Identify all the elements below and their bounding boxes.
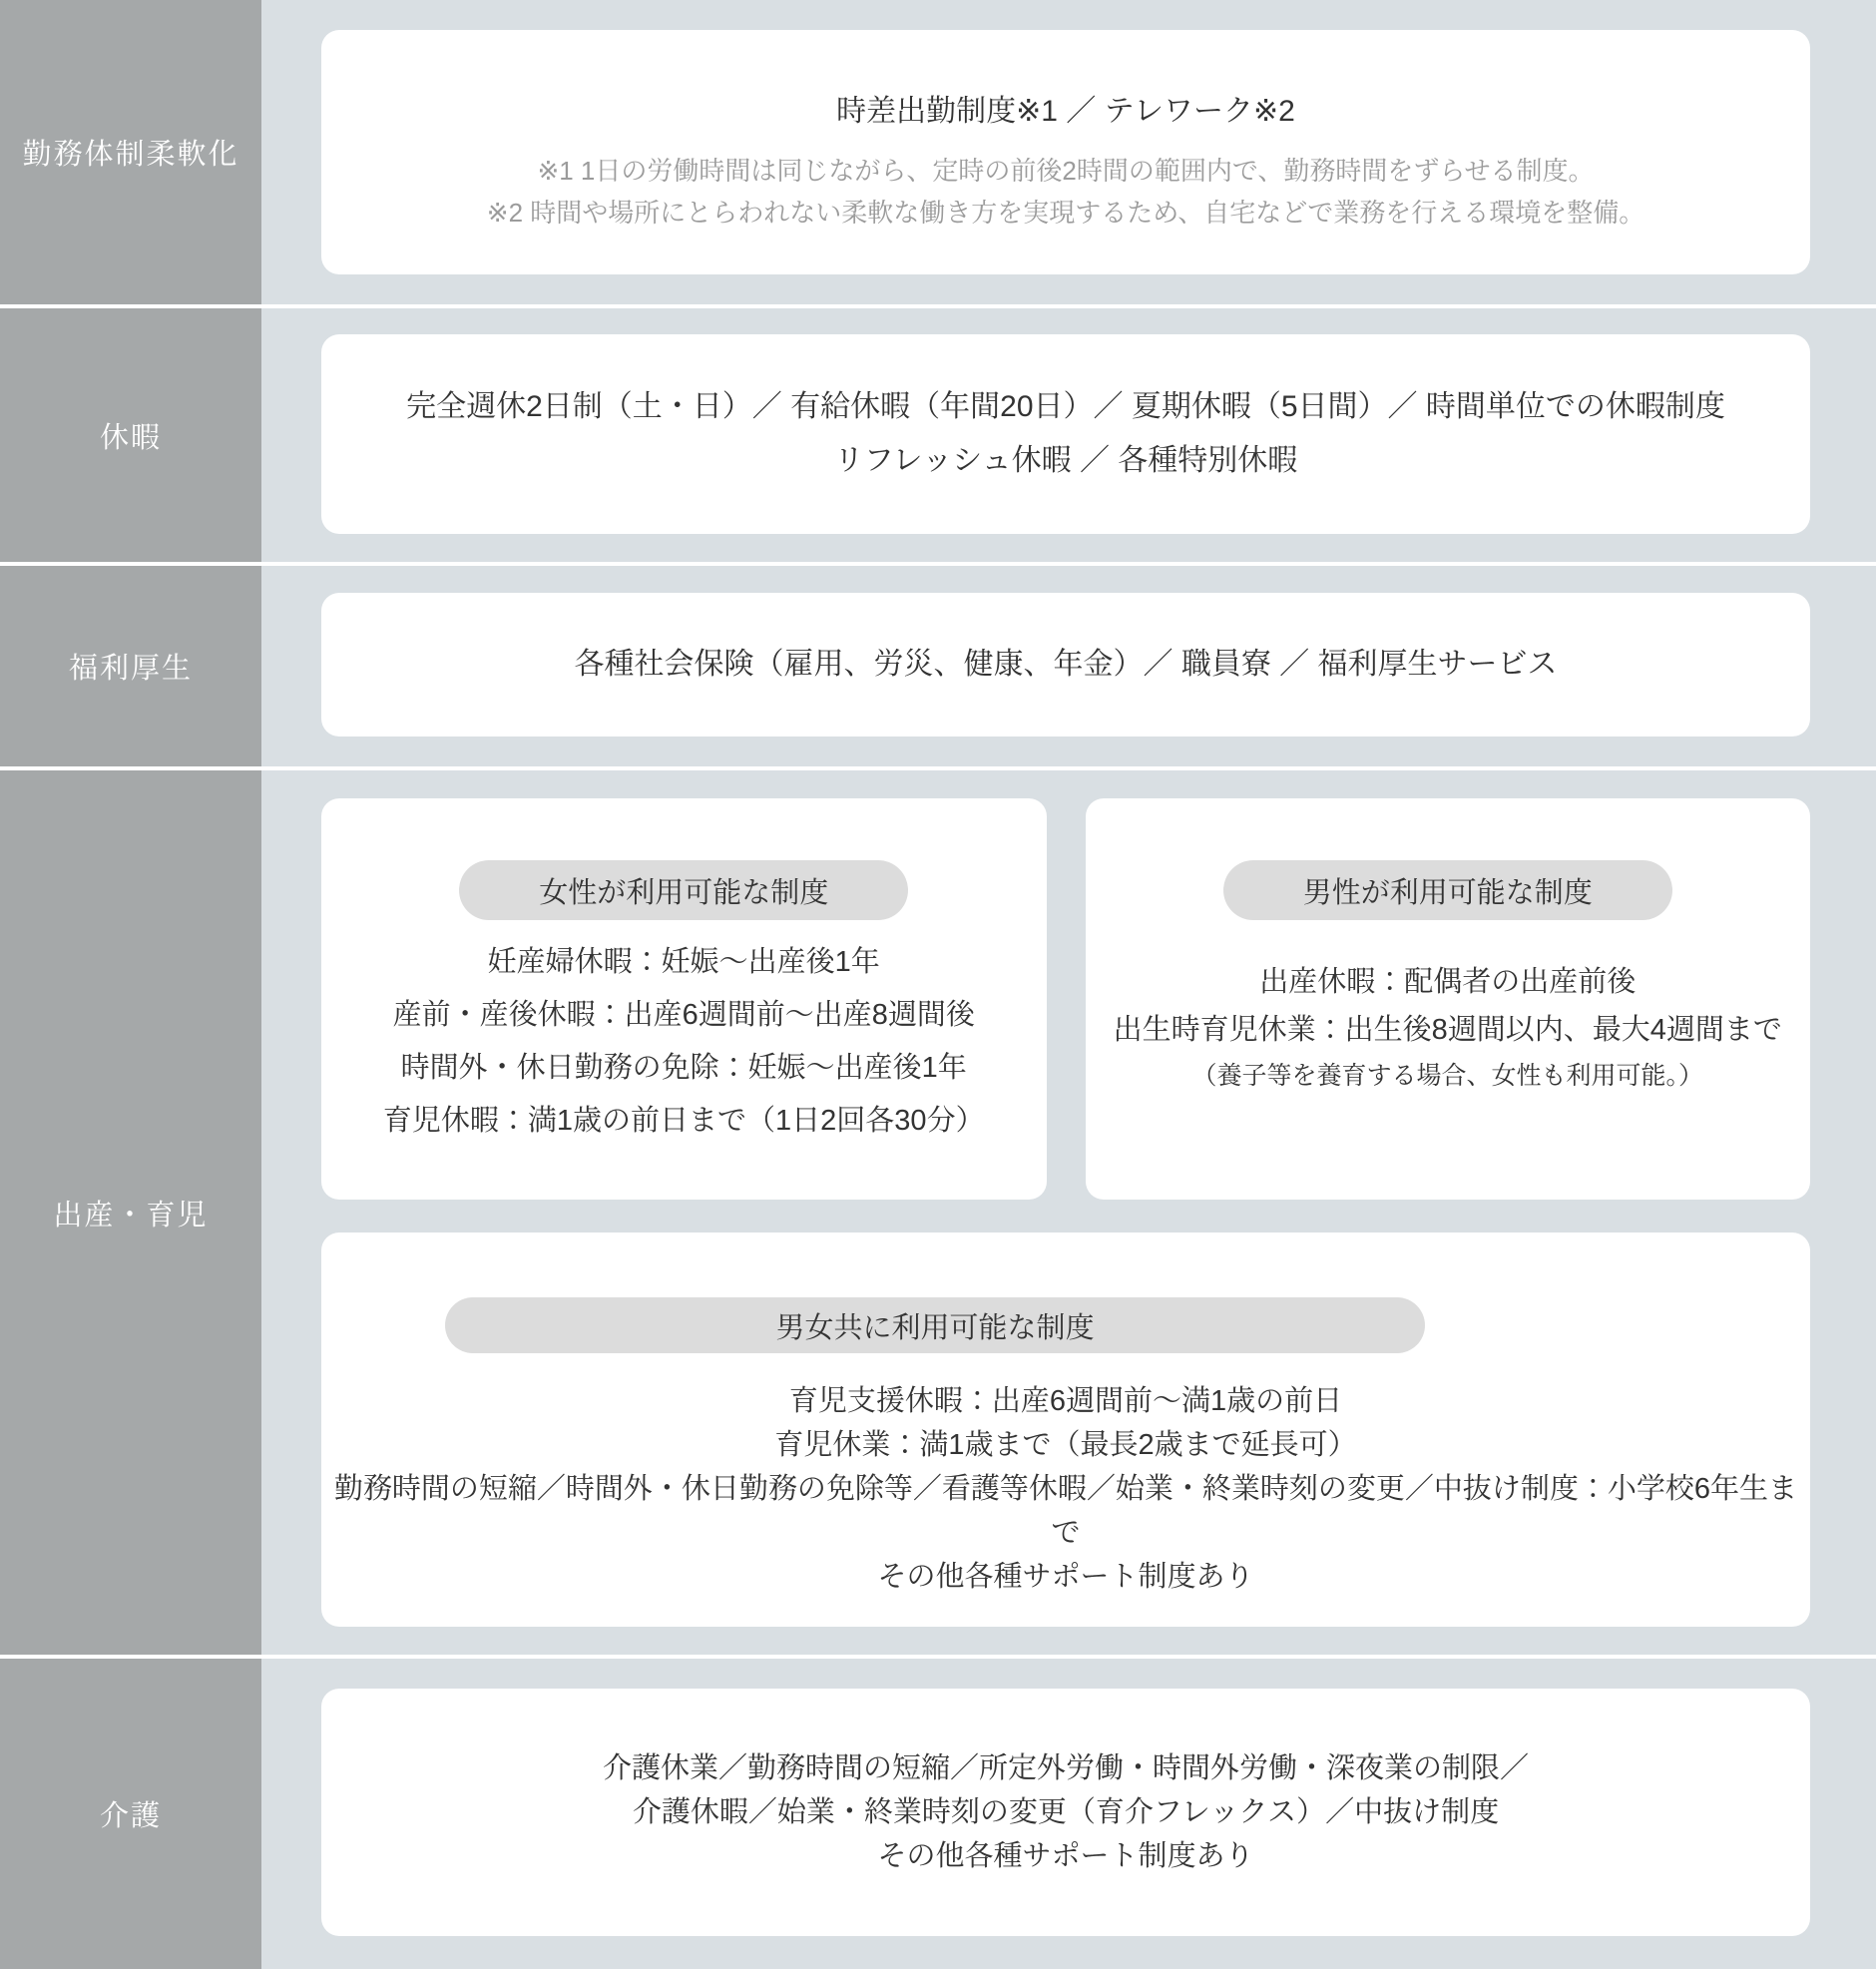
male-line-1: 出産休暇：配偶者の出産前後: [1114, 958, 1782, 1006]
care-line-3: その他各種サポート制度あり: [877, 1834, 1253, 1878]
section-row-vacation: 休暇 完全週休2日制（土・日）／ 有給休暇（年間20日）／ 夏期休暇（5日間）／…: [0, 308, 1876, 562]
both-line-1: 育児支援休暇：出産6週間前〜満1歳の前日: [321, 1379, 1810, 1423]
care-line-1: 介護休業／勤務時間の短縮／所定外労働・時間外労働・深夜業の制限／: [603, 1746, 1529, 1790]
card-welfare: 各種社会保険（雇用、労災、健康、年金）／ 職員寮 ／ 福利厚生サービス: [321, 593, 1810, 737]
section-content-childbirth-childcare: 女性が利用可能な制度 妊産婦休暇：妊娠〜出産後1年 産前・産後休暇：出産6週間前…: [261, 770, 1876, 1655]
both-systems-pill: 男女共に利用可能な制度: [445, 1297, 1425, 1353]
female-line-3: 時間外・休日勤務の免除：妊娠〜出産後1年: [383, 1042, 985, 1095]
vacation-line-2: リフレッシュ休暇 ／ 各種特別休暇: [834, 434, 1298, 488]
card-male-systems: 男性が利用可能な制度 出産休暇：配偶者の出産前後 出生時育児休業：出生後8週間以…: [1086, 798, 1811, 1200]
card-nursing-care: 介護休業／勤務時間の短縮／所定外労働・時間外労働・深夜業の制限／ 介護休暇／始業…: [321, 1689, 1810, 1936]
section-content-vacation: 完全週休2日制（土・日）／ 有給休暇（年間20日）／ 夏期休暇（5日間）／ 時間…: [261, 308, 1876, 562]
male-systems-lines: 出産休暇：配偶者の出産前後 出生時育児休業：出生後8週間以内、最大4週間まで （…: [1114, 958, 1782, 1098]
male-note: （養子等を養育する場合、女性も利用可能。）: [1114, 1054, 1782, 1098]
sidebar-label-welfare: 福利厚生: [0, 566, 261, 766]
female-line-2: 産前・産後休暇：出産6週間前〜出産8週間後: [383, 989, 985, 1042]
childcare-card-pair: 女性が利用可能な制度 妊産婦休暇：妊娠〜出産後1年 産前・産後休暇：出産6週間前…: [321, 798, 1810, 1200]
section-content-welfare: 各種社会保険（雇用、労災、健康、年金）／ 職員寮 ／ 福利厚生サービス: [261, 566, 1876, 766]
sidebar-label-vacation: 休暇: [0, 308, 261, 562]
female-line-4: 育児休暇：満1歳の前日まで（1日2回各30分）: [383, 1095, 985, 1148]
card-flexible-work: 時差出勤制度※1 ／ テレワーク※2 ※1 1日の労働時間は同じながら、定時の前…: [321, 30, 1810, 274]
sidebar-label-flexible-work: 勤務体制柔軟化: [0, 0, 261, 304]
both-line-4: その他各種サポート制度あり: [321, 1555, 1810, 1599]
both-systems-lines: 育児支援休暇：出産6週間前〜満1歳の前日 育児休業：満1歳まで（最長2歳まで延長…: [321, 1379, 1810, 1599]
female-systems-pill: 女性が利用可能な制度: [459, 860, 908, 920]
section-row-nursing-care: 介護 介護休業／勤務時間の短縮／所定外労働・時間外労働・深夜業の制限／ 介護休暇…: [0, 1659, 1876, 1969]
both-line-2: 育児休業：満1歳まで（最長2歳まで延長可）: [321, 1423, 1810, 1467]
section-content-flexible-work: 時差出勤制度※1 ／ テレワーク※2 ※1 1日の労働時間は同じながら、定時の前…: [261, 0, 1876, 304]
flexible-work-note-1: ※1 1日の労働時間は同じながら、定時の前後2時間の範囲内で、勤務時間をずらせる…: [537, 150, 1594, 192]
sidebar-label-childbirth-childcare: 出産・育児: [0, 770, 261, 1655]
section-row-flexible-work: 勤務体制柔軟化 時差出勤制度※1 ／ テレワーク※2 ※1 1日の労働時間は同じ…: [0, 0, 1876, 304]
female-line-1: 妊産婦休暇：妊娠〜出産後1年: [383, 936, 985, 989]
flexible-work-title: 時差出勤制度※1 ／ テレワーク※2: [836, 86, 1295, 130]
flexible-work-note-2: ※2 時間や場所にとらわれない柔軟な働き方を実現するため、自宅などで業務を行える…: [487, 192, 1644, 234]
benefits-table: 勤務体制柔軟化 時差出勤制度※1 ／ テレワーク※2 ※1 1日の労働時間は同じ…: [0, 0, 1876, 1969]
card-vacation: 完全週休2日制（土・日）／ 有給休暇（年間20日）／ 夏期休暇（5日間）／ 時間…: [321, 334, 1810, 534]
welfare-line-1: 各種社会保険（雇用、労災、健康、年金）／ 職員寮 ／ 福利厚生サービス: [574, 638, 1557, 692]
female-systems-lines: 妊産婦休暇：妊娠〜出産後1年 産前・産後休暇：出産6週間前〜出産8週間後 時間外…: [383, 936, 985, 1148]
section-row-welfare: 福利厚生 各種社会保険（雇用、労災、健康、年金）／ 職員寮 ／ 福利厚生サービス: [0, 566, 1876, 766]
care-line-2: 介護休暇／始業・終業時刻の変更（育介フレックス）／中抜け制度: [633, 1790, 1499, 1834]
male-systems-pill: 男性が利用可能な制度: [1223, 860, 1672, 920]
vacation-line-1: 完全週休2日制（土・日）／ 有給休暇（年間20日）／ 夏期休暇（5日間）／ 時間…: [406, 380, 1725, 434]
sidebar-label-nursing-care: 介護: [0, 1659, 261, 1969]
male-line-2: 出生時育児休業：出生後8週間以内、最大4週間まで: [1114, 1006, 1782, 1054]
section-content-nursing-care: 介護休業／勤務時間の短縮／所定外労働・時間外労働・深夜業の制限／ 介護休暇／始業…: [261, 1659, 1876, 1969]
card-female-systems: 女性が利用可能な制度 妊産婦休暇：妊娠〜出産後1年 産前・産後休暇：出産6週間前…: [321, 798, 1047, 1200]
card-both-systems: 男女共に利用可能な制度 育児支援休暇：出産6週間前〜満1歳の前日 育児休業：満1…: [321, 1232, 1810, 1627]
section-row-childbirth-childcare: 出産・育児 女性が利用可能な制度 妊産婦休暇：妊娠〜出産後1年 産前・産後休暇：…: [0, 770, 1876, 1655]
both-line-3: 勤務時間の短縮／時間外・休日勤務の免除等／看護等休暇／始業・終業時刻の変更／中抜…: [321, 1467, 1810, 1555]
